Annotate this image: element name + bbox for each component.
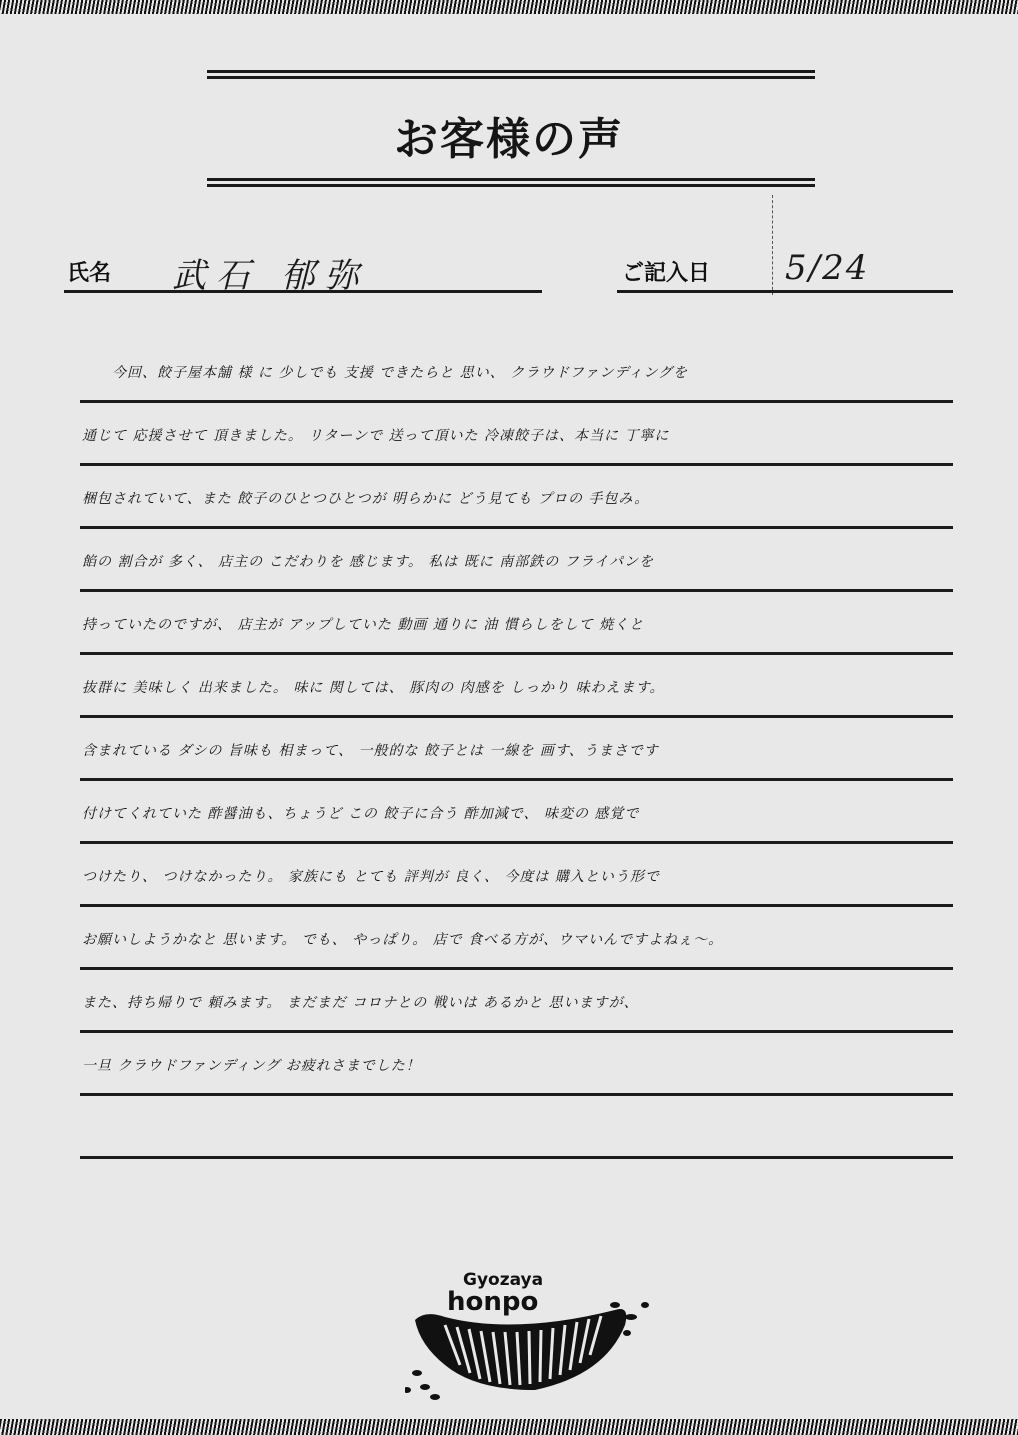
comment-line-text: 含まれている ダシの 旨味も 相まって、 一般的な 餃子とは 一線を 画す、うま… [82, 740, 992, 760]
title-rule-bottom [207, 178, 815, 187]
gyozaya-honpo-logo: Gyozaya honpo [405, 1255, 655, 1405]
comment-ruled-line [80, 463, 953, 466]
name-underline [64, 290, 542, 293]
svg-text:honpo: honpo [447, 1287, 538, 1317]
comment-ruled-line [80, 589, 953, 592]
comment-line-text: 持っていたのですが、 店主が アップしていた 動画 通りに 油 慣らしをして 焼… [82, 614, 992, 634]
comment-line-text: また、持ち帰りで 頼みます。 まだまだ コロナとの 戦いは あるかと 思いますが… [82, 992, 992, 1012]
comment-line-text: 今回、餃子屋本舗 様 に 少しでも 支援 できたらと 思い、 クラウドファンディ… [82, 362, 992, 382]
comment-ruled-line [80, 841, 953, 844]
date-label: ご記入日 [622, 256, 710, 287]
comment-ruled-line [80, 904, 953, 907]
comment-ruled-line [80, 715, 953, 718]
bottom-border-stripe [0, 1419, 1018, 1435]
date-value: 5/24 [785, 248, 869, 288]
fold-guide [772, 195, 773, 295]
comment-ruled-line [80, 1156, 953, 1159]
comment-line-text: 餡の 割合が 多く、 店主の こだわりを 感じます。 私は 既に 南部鉄の フラ… [82, 551, 992, 571]
comment-line-text: お願いしようかなと 思います。 でも、 やっぱり。 店で 食べる方が、ウマいんで… [82, 929, 992, 949]
comment-ruled-line [80, 652, 953, 655]
name-label: 氏名 [67, 256, 111, 287]
comment-line-text: 通じて 応援させて 頂きました。 リターンで 送って頂いた 冷凍餃子は、本当に … [82, 425, 992, 445]
comment-ruled-line [80, 967, 953, 970]
comment-ruled-line [80, 1093, 953, 1096]
comment-line-text: 付けてくれていた 酢醤油も、ちょうど この 餃子に合う 酢加減で、 味変の 感覚… [82, 803, 992, 823]
page-title: お客様の声 [0, 103, 1018, 167]
comment-ruled-line [80, 1030, 953, 1033]
comment-line-text: 抜群に 美味しく 出来ました。 味に 関しては、 豚肉の 肉感を しっかり 味わ… [82, 677, 992, 697]
comment-ruled-line [80, 526, 953, 529]
comment-line-text: 梱包されていて、また 餃子のひとつひとつが 明らかに どう見ても プロの 手包み… [82, 488, 992, 508]
comment-line-text: 一旦 クラウドファンディング お疲れさまでした！ [82, 1055, 992, 1075]
title-rule-top [207, 70, 815, 79]
comment-line-text: つけたり、 つけなかったり。 家族にも とても 評判が 良く、 今度は 購入とい… [82, 866, 992, 886]
comment-ruled-line [80, 778, 953, 781]
gyoza-dumpling-icon [415, 1309, 626, 1390]
top-border-stripe [0, 0, 1018, 14]
comment-ruled-line [80, 400, 953, 403]
date-underline [617, 290, 953, 293]
